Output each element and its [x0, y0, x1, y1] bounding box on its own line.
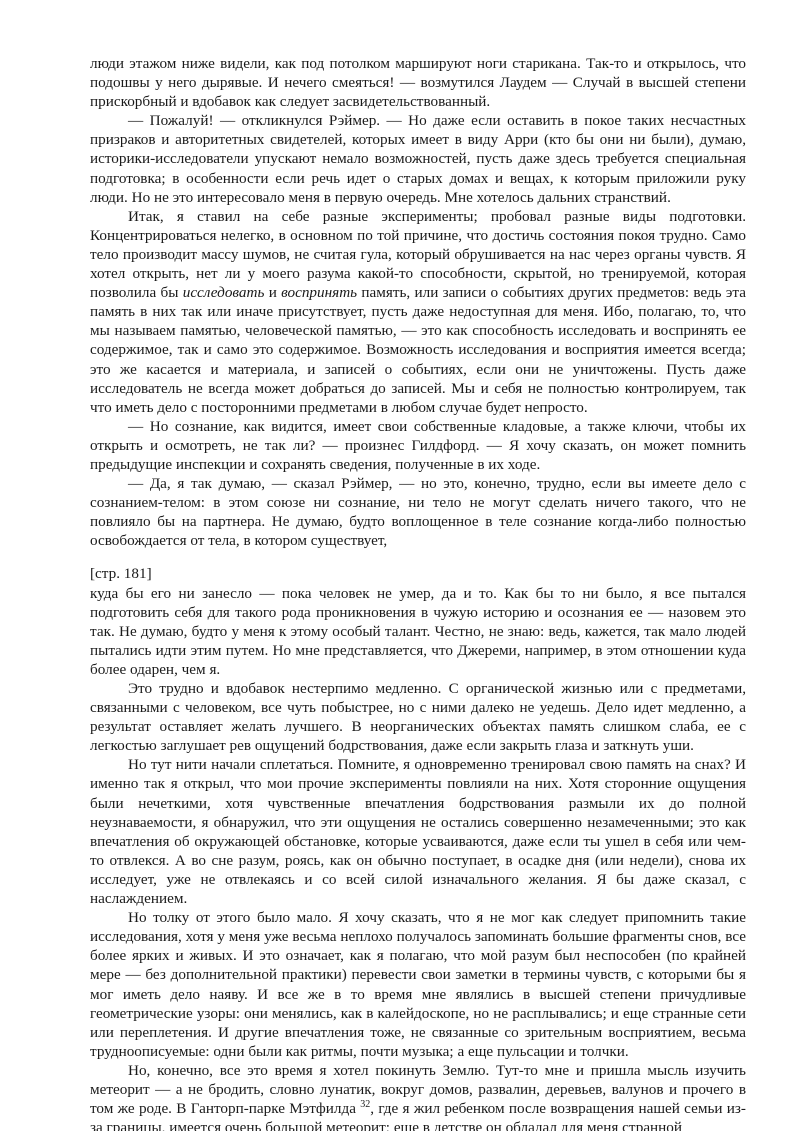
paragraph-2: — Пожалуй! — откликнулся Рэймер. — Но да… — [90, 111, 746, 206]
paragraph-5: — Да, я так думаю, — сказал Рэймер, — но… — [90, 474, 746, 550]
paragraph-7: Это трудно и вдобавок нестерпимо медленн… — [90, 679, 746, 755]
paragraph-9: Но толку от этого было мало. Я хочу сказ… — [90, 908, 746, 1061]
paragraph-8: Но тут нити начали сплетаться. Помните, … — [90, 755, 746, 908]
text-segment: воспринять — [281, 284, 357, 301]
paragraph-4: — Но сознание, как видится, имеет свои с… — [90, 417, 746, 474]
paragraph-6: куда бы его ни занесло — пока человек не… — [90, 584, 746, 679]
text-segment: люди этажом ниже видели, как под потолко… — [90, 55, 746, 110]
text-segment: исследовать — [183, 284, 265, 301]
text-segment: Это трудно и вдобавок нестерпимо медленн… — [90, 680, 746, 754]
text-segment: память, или записи о событиях других пре… — [90, 284, 746, 416]
paragraph-1: люди этажом ниже видели, как под потолко… — [90, 54, 746, 111]
text-segment: — Да, я так думаю, — сказал Рэймер, — но… — [90, 475, 746, 549]
text-segment: Но тут нити начали сплетаться. Помните, … — [90, 756, 746, 907]
text-segment: Но толку от этого было мало. Я хочу сказ… — [90, 909, 746, 1060]
text-segment: и — [264, 284, 281, 301]
document-page: люди этажом ниже видели, как под потолко… — [0, 0, 800, 1131]
footnote-ref-32: 32 — [360, 1099, 370, 1110]
paragraph-3: Итак, я ставил на себе разные эксперимен… — [90, 207, 746, 417]
text-segment: — Пожалуй! — откликнулся Рэймер. — Но да… — [90, 112, 746, 205]
text-segment: куда бы его ни занесло — пока человек не… — [90, 585, 746, 678]
page-number-marker: [стр. 181] — [90, 564, 746, 583]
text-block: люди этажом ниже видели, как под потолко… — [90, 54, 746, 1131]
text-segment: [стр. 181] — [90, 565, 152, 582]
paragraph-10: Но, конечно, все это время я хотел покин… — [90, 1061, 746, 1131]
text-segment: — Но сознание, как видится, имеет свои с… — [90, 418, 746, 473]
